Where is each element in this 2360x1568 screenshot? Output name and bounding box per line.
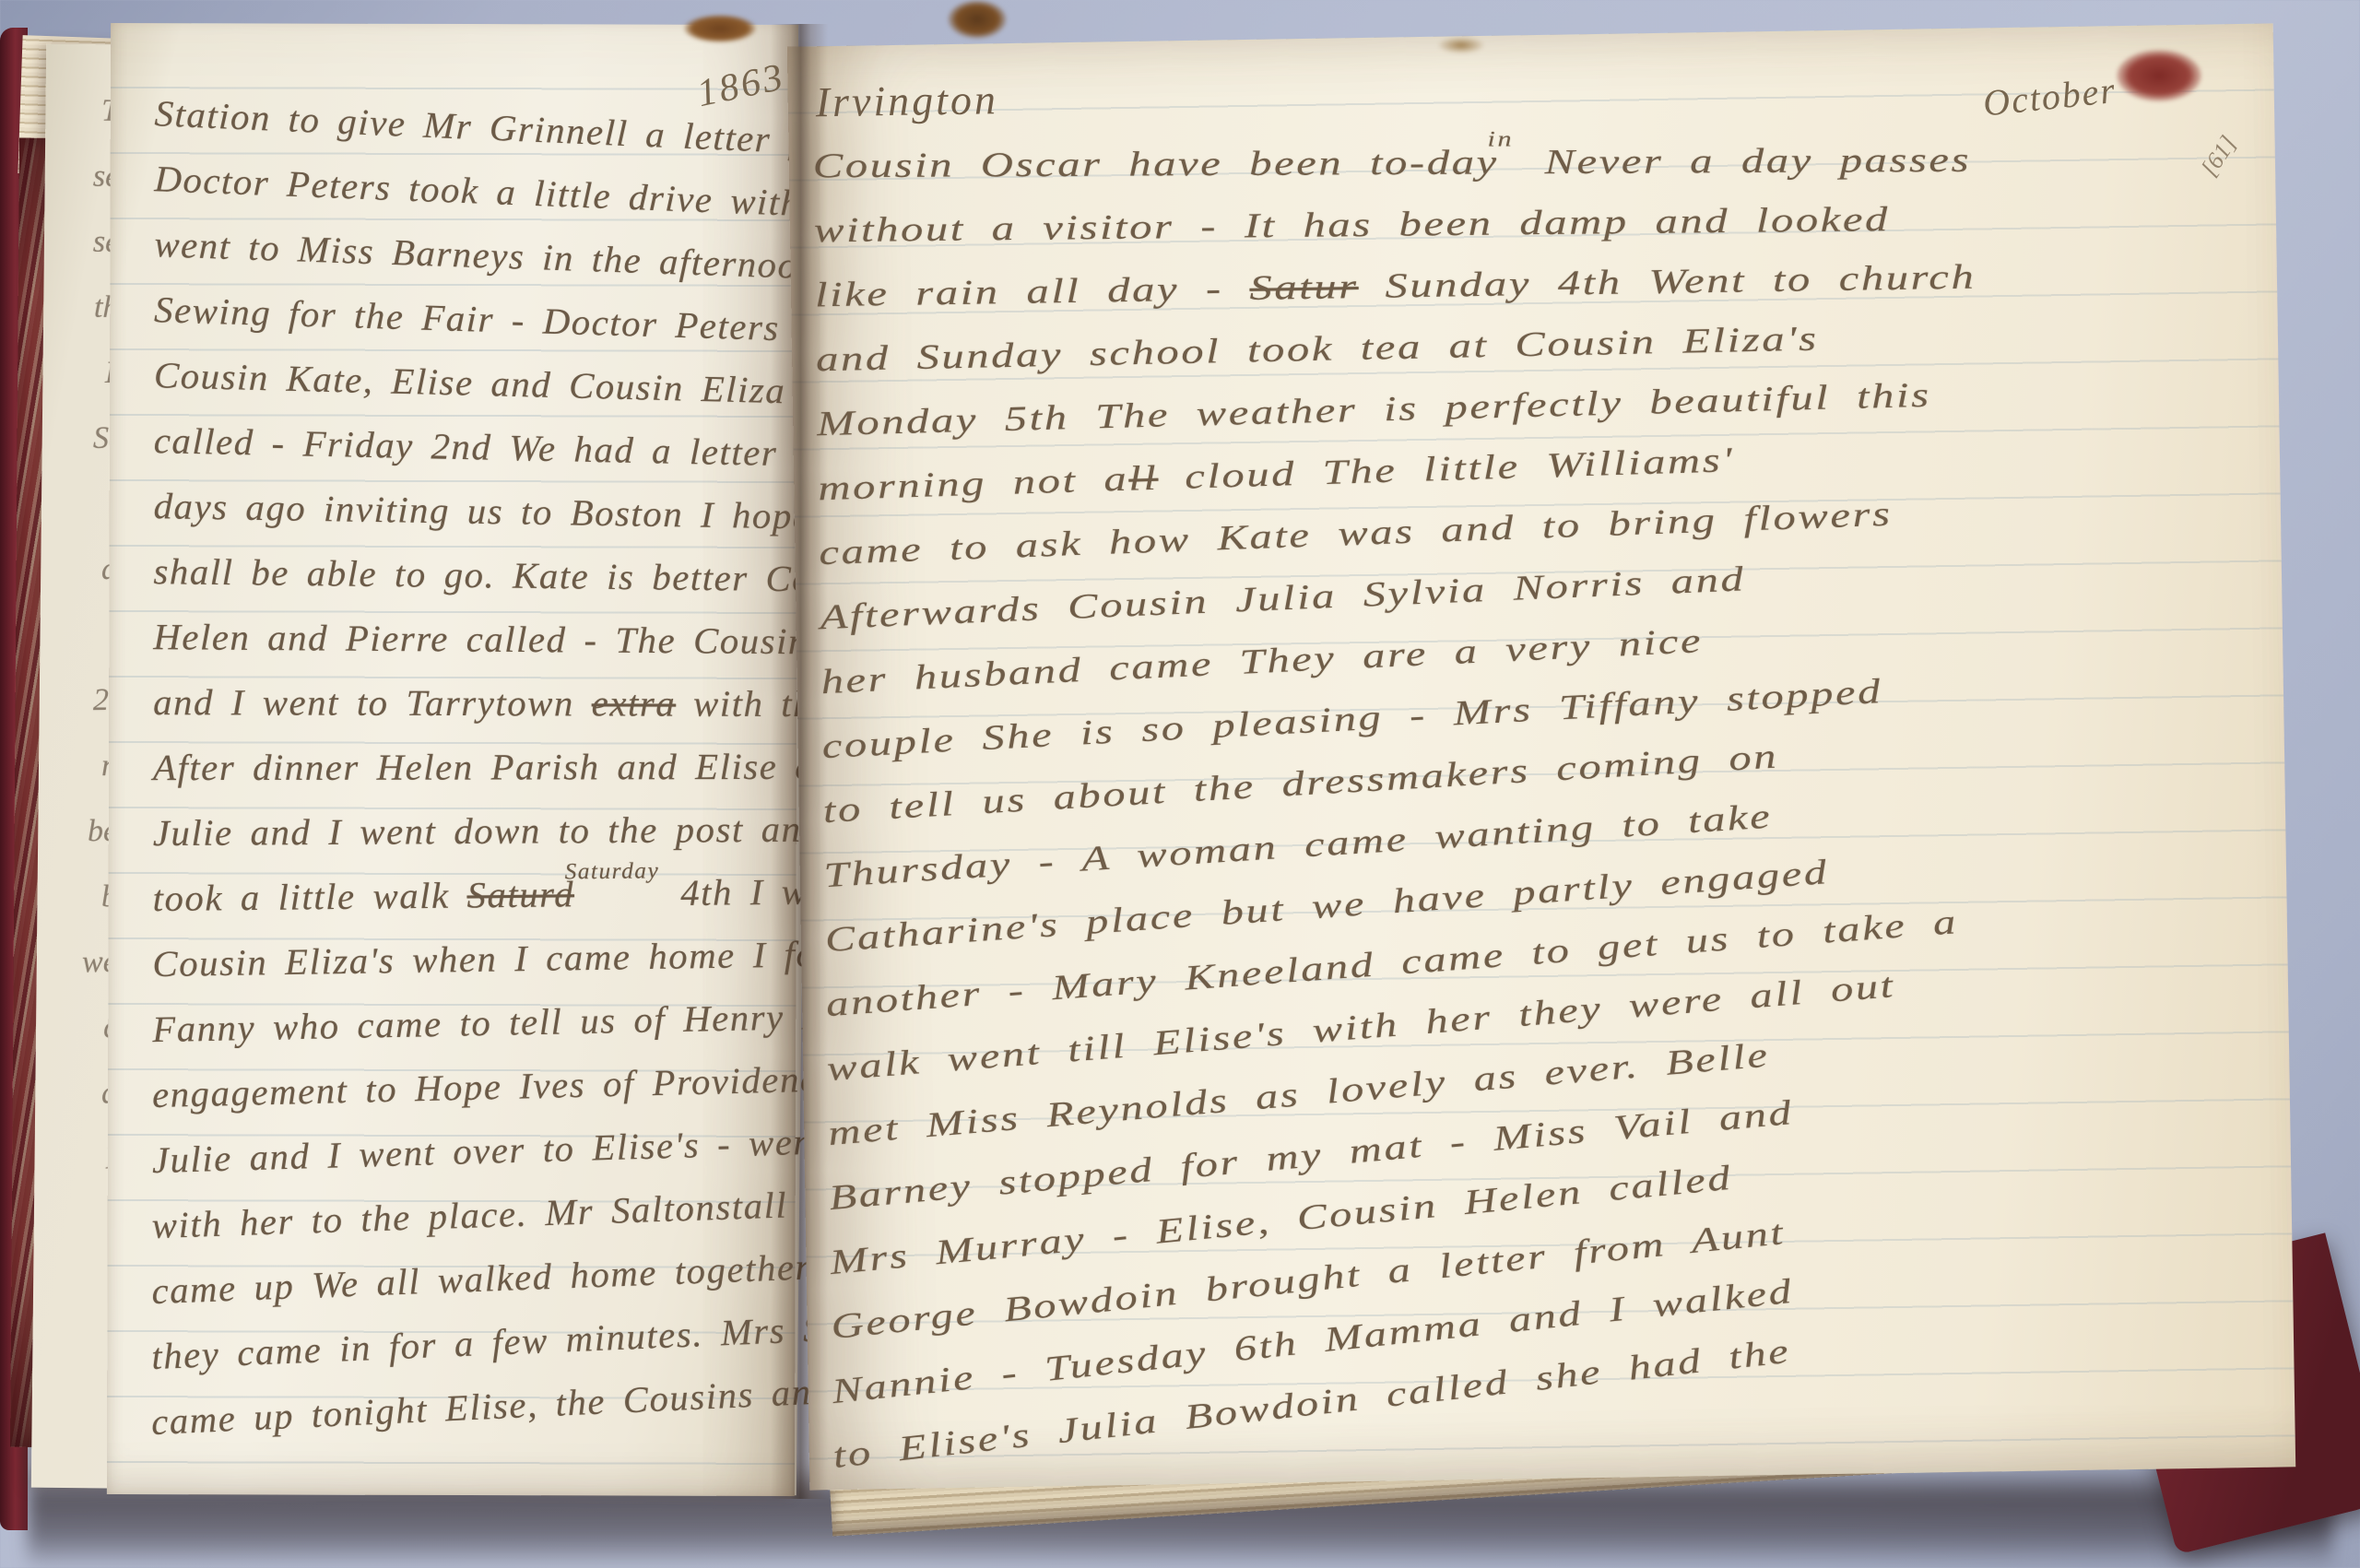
right-diary-page: Irvington October [61] Cousin Oscar have… — [787, 23, 2295, 1490]
foxing-stain — [1438, 37, 1484, 53]
handwriting-line: with her to the place. Mr Saltonstall — [151, 1183, 788, 1247]
handwriting-line: Cousin Eliza's when I came home I found — [152, 931, 877, 985]
foxing-stain — [2117, 50, 2201, 101]
handwriting-line: Julie and I went over to Elise's - went — [151, 1119, 826, 1182]
handwriting-line: like rain all day - Satur Sunday 4th Wen… — [815, 257, 1976, 316]
handwriting-line: days ago inviting us to Boston I hope we — [153, 484, 873, 539]
handwriting-line: and Sunday school took tea at Cousin Eli… — [816, 319, 1819, 381]
handwriting-line: came up tonight Elise, the Cousins and — [150, 1369, 832, 1444]
struck-word: extra — [592, 682, 677, 724]
handwriting-line: went to Miss Barneys in the afternoon — [154, 222, 820, 288]
handwriting-line: Monday 5th The weather is perfectly beau… — [817, 375, 1931, 445]
handwriting-line: Station to give Mr Grinnell a letter for — [154, 91, 837, 164]
struck-word: ll — [1128, 459, 1159, 499]
handwriting-line: they came in for a few minutes. Mrs S — [150, 1307, 823, 1378]
handwriting-line: morning not all cloud The little William… — [818, 440, 1735, 509]
handwriting-line: without a visitor - It has been damp and… — [814, 199, 1890, 251]
left-diary-page: 1863 Station to give Mr Grinnell a lette… — [107, 23, 798, 1496]
struck-word: Saturd — [466, 873, 574, 915]
handwriting-line: engagement to Hope Ives of Providence- — [151, 1056, 850, 1116]
handwriting-line: came up We all walked home together — [151, 1244, 812, 1313]
book-gutter-shadow — [771, 24, 828, 1499]
right-page-text-block: Cousin Oscar have been to-dayin Never a … — [787, 23, 2295, 1490]
foxing-stain — [684, 15, 756, 42]
struck-word: Satur — [1249, 267, 1359, 308]
interline-insert: Saturday — [564, 858, 659, 885]
handwriting-line: and I went to Tarrytown extra with them- — [153, 680, 874, 725]
handwriting-line: Julie and I went down to the post and — [153, 808, 822, 855]
left-page-text-block: Station to give Mr Grinnell a letter for… — [107, 23, 798, 1496]
interline-insert: in — [1487, 127, 1514, 152]
handwriting-line: Cousin Kate, Elise and Cousin Eliza — [154, 353, 786, 412]
handwriting-line: Cousin Oscar have been to-dayin Never a … — [813, 140, 1971, 187]
foxing-stain — [948, 0, 1007, 39]
